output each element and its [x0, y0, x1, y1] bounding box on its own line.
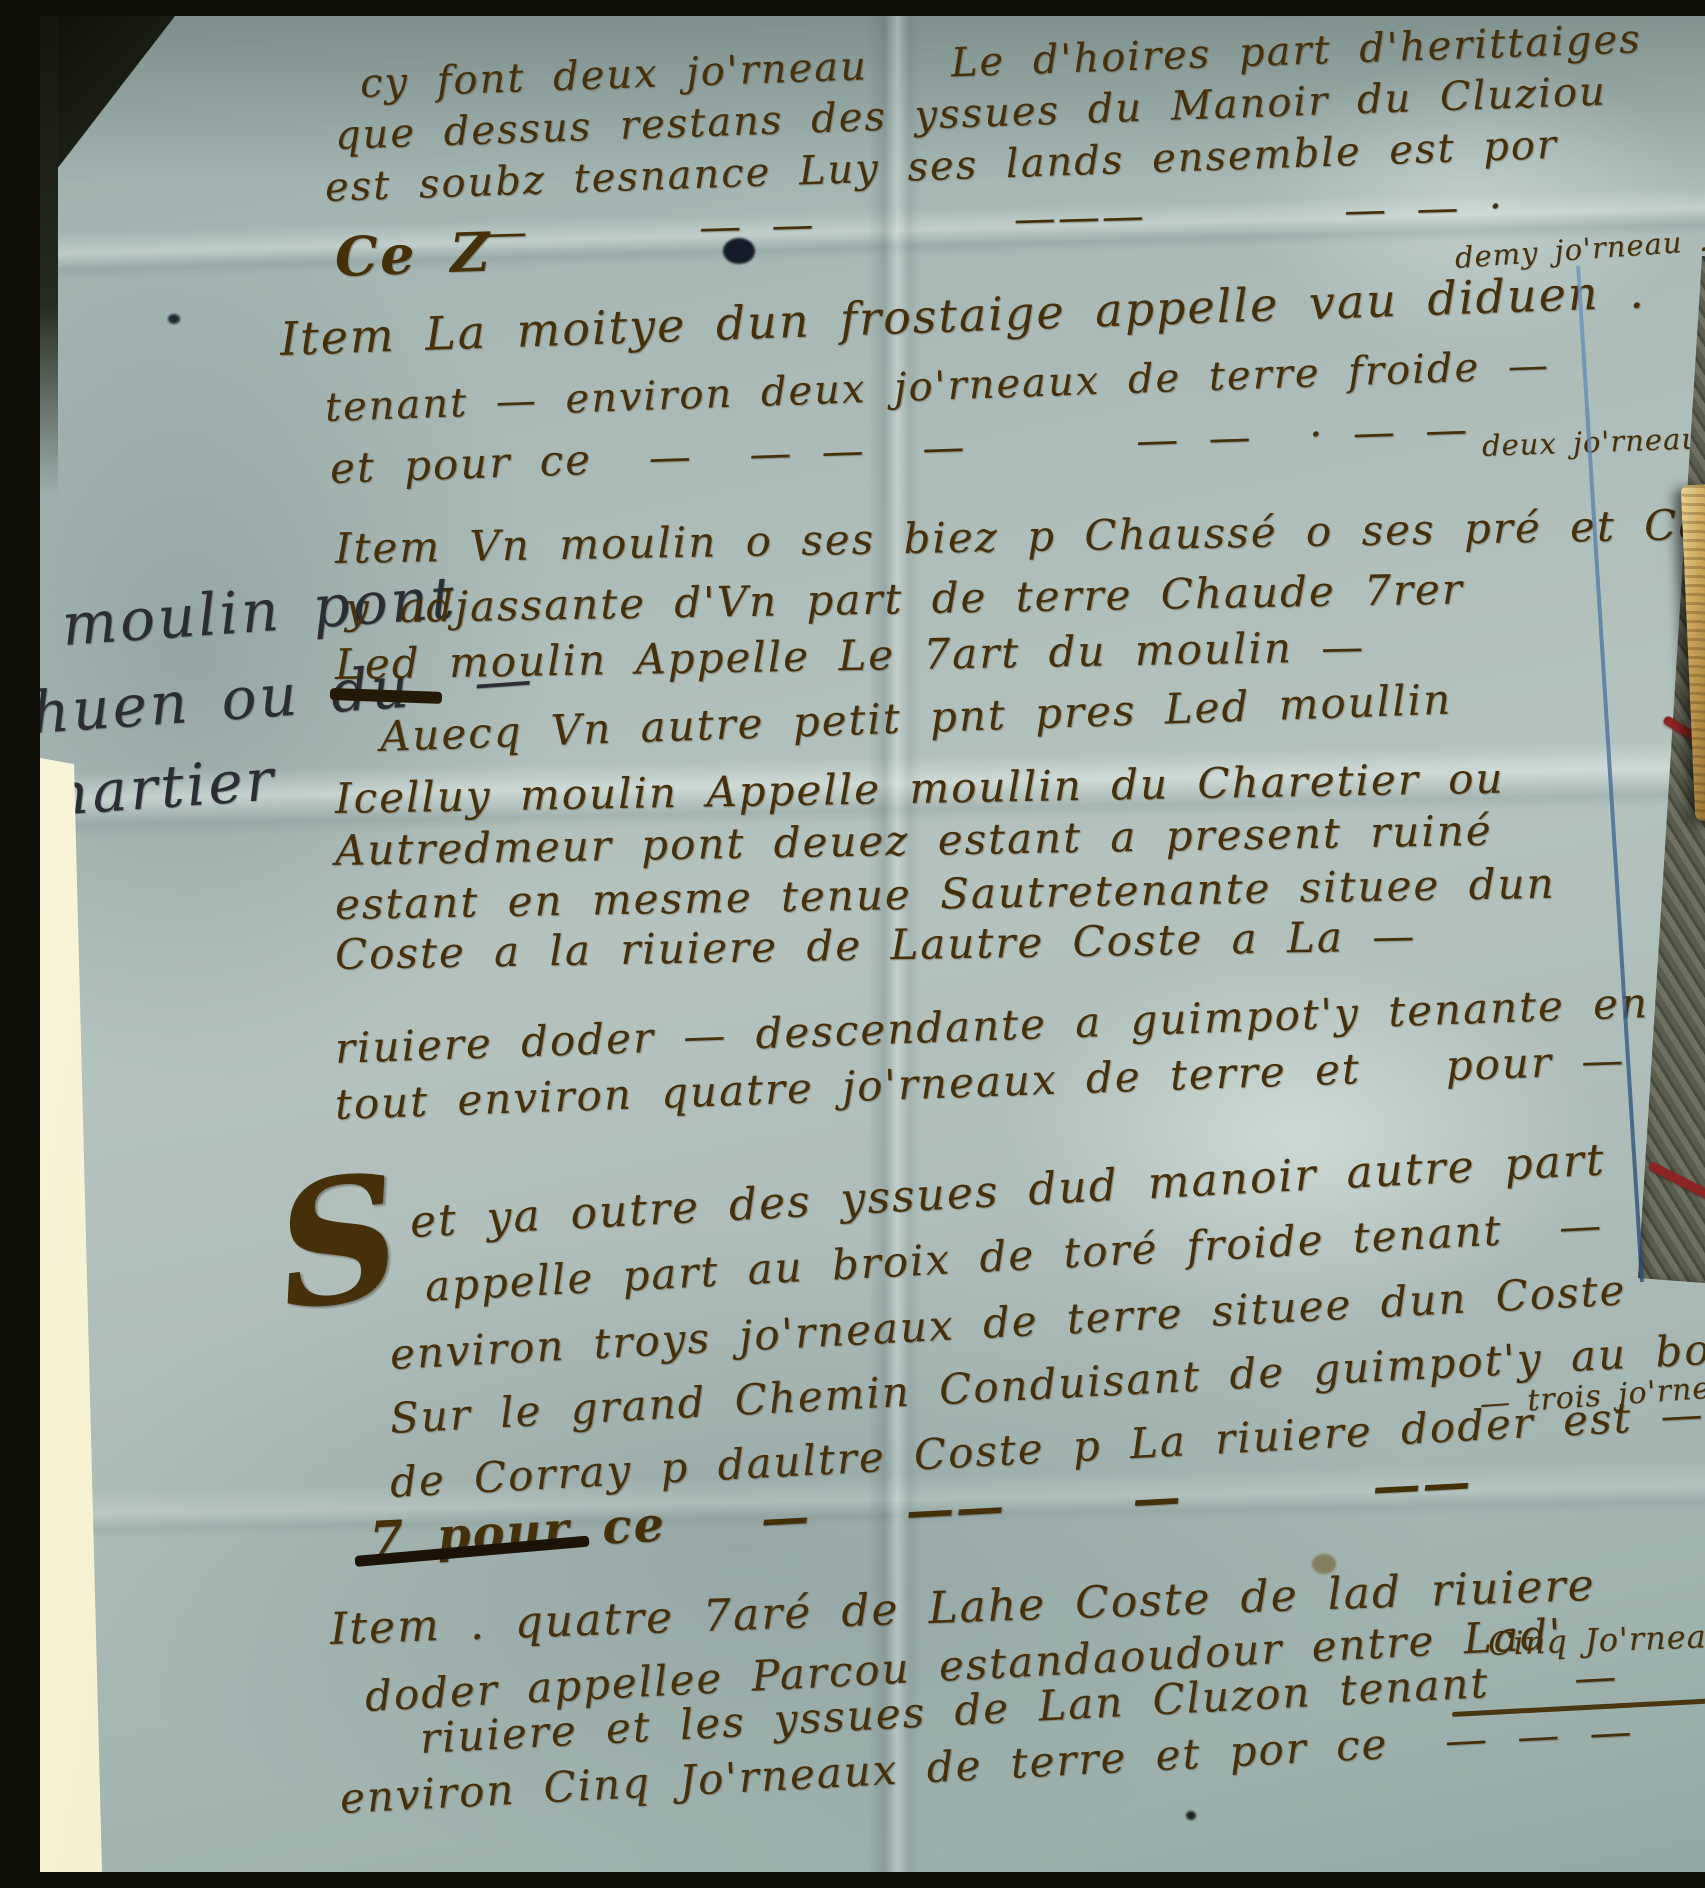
manuscript-line: Item Vn moulin o ses biez p Chaussé o se…: [335, 502, 1705, 570]
manuscript-line: Cinq Jo'rneaux: [1487, 1619, 1705, 1660]
ink-blot: [723, 238, 755, 264]
manuscript-line: Auecq Vn autre petit pnt pres Led moulli…: [379, 679, 1452, 758]
ink-blot: [168, 314, 180, 324]
manuscript-line: y adjassante d'Vn part de terre Chaude 7…: [345, 568, 1465, 630]
manuscript-line: deux jo'rneaux: [1481, 424, 1705, 461]
manuscript-photo: moulin ponthuen ou du —hartier cy font d…: [40, 16, 1705, 1872]
manuscript-line: S: [266, 1150, 411, 1335]
handwritten-text-layer: cy font deux jo'rneau Le d'hoires part d…: [40, 16, 1705, 1872]
manuscript-line: Led moulin Appelle Le 7art du moulin —: [335, 626, 1366, 686]
ink-blot: [1312, 1554, 1336, 1574]
manuscript-line: Ce Z: [334, 225, 492, 284]
shadow-edge-left: [40, 16, 58, 496]
ink-blot: [1186, 1811, 1196, 1820]
ink-stroke: [330, 688, 442, 704]
